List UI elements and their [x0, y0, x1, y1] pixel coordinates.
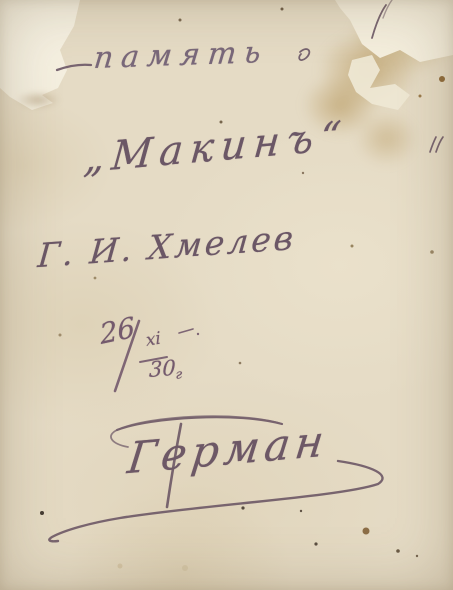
date-day: 26	[98, 311, 136, 351]
date-month-roman: хі	[145, 328, 161, 351]
photo-back: память „Макинъ“ Г. И. Хмелев 26 хі 30г Г…	[0, 0, 453, 590]
person-name-text: Г. И. Хмелев	[36, 218, 298, 275]
ink-stroke-top-right	[372, 5, 386, 38]
tear-shadow	[8, 88, 68, 118]
dedication-text: память	[92, 35, 270, 76]
torn-paper-remnant-top-left	[0, 0, 453, 590]
pen-dash	[57, 65, 91, 70]
date-tick	[179, 329, 193, 333]
paper-specks	[40, 8, 445, 572]
date-year-suffix: г	[175, 367, 182, 383]
date-dot	[197, 333, 199, 335]
quoted-name-text: „Макинъ“	[82, 113, 350, 183]
ink-stroke-top-edge	[383, 0, 392, 18]
signature-text: Герман	[125, 416, 332, 484]
ink-squiggle	[299, 49, 309, 60]
ink-double-tick	[430, 137, 443, 152]
date-year-number: 30	[149, 356, 176, 382]
ink-marks-layer	[0, 0, 453, 590]
date-year: 30г	[149, 355, 183, 385]
torn-paper-bits-top-right	[0, 0, 453, 590]
torn-paper-remnant-top-right	[0, 0, 453, 590]
